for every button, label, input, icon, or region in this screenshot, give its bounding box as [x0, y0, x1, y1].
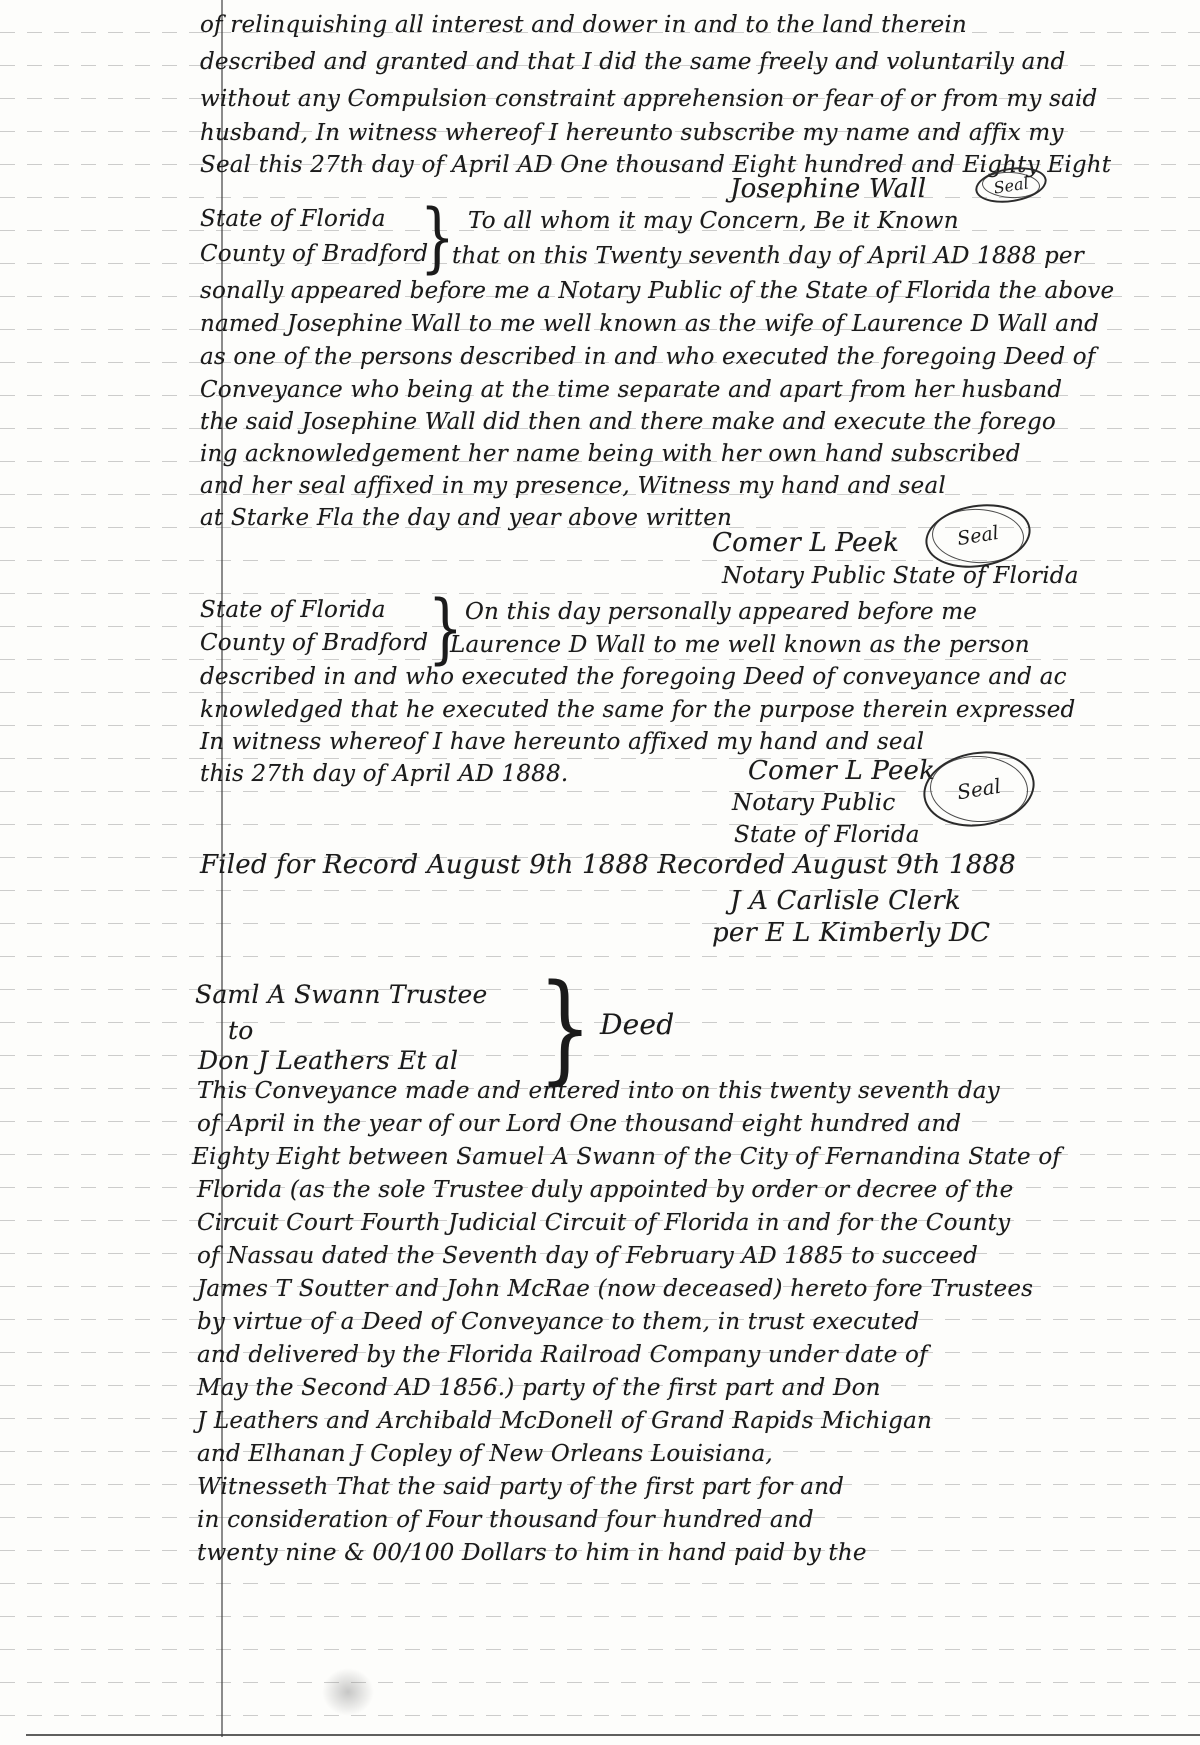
handwritten-line: James T Soutter and John McRae (now dece… — [197, 1276, 1033, 1302]
deed-book-page: of relinquishing all interest and dower … — [0, 0, 1200, 1745]
handwritten-line: Eighty Eight between Samuel A Swann of t… — [192, 1144, 1061, 1170]
handwritten-line: by virtue of a Deed of Conveyance to the… — [197, 1309, 919, 1335]
caption-connector: to — [228, 1016, 254, 1045]
handwritten-line: of April in the year of our Lord One tho… — [197, 1111, 961, 1137]
caption-grantee: Don J Leathers Et al — [198, 1046, 458, 1075]
caption-brace: } — [538, 958, 592, 1096]
seal-label: Seal — [955, 774, 1002, 805]
handwritten-line: described and granted and that I did the… — [200, 49, 1065, 75]
notary-title-line: Notary Public — [732, 790, 895, 816]
notary-signature: Comer L Peek — [712, 528, 899, 558]
bottom-rule-line — [26, 1734, 1200, 1736]
handwritten-line: knowledged that he executed the same for… — [200, 697, 1075, 723]
venue-brace: } — [420, 192, 455, 281]
deputy-clerk-signature: per E L Kimberly DC — [712, 918, 990, 948]
venue-state-line: State of Florida — [200, 206, 386, 232]
handwritten-line: Laurence D Wall to me well known as the … — [450, 632, 1030, 658]
seal-label: Seal — [956, 522, 1001, 550]
handwritten-line: in consideration of Four thousand four h… — [197, 1507, 814, 1533]
notary-title-line: Notary Public State of Florida — [722, 563, 1079, 589]
handwritten-line: Seal this 27th day of April AD One thous… — [200, 152, 1111, 178]
handwritten-line: without any Compulsion constraint appreh… — [200, 86, 1097, 112]
handwritten-line: This Conveyance made and entered into on… — [197, 1078, 1000, 1104]
handwritten-line: named Josephine Wall to me well known as… — [200, 311, 1099, 337]
handwritten-line: of Nassau dated the Seventh day of Febru… — [197, 1243, 978, 1269]
handwritten-line: To all whom it may Concern, Be it Known — [468, 208, 959, 234]
handwritten-line: Florida (as the sole Trustee duly appoin… — [197, 1177, 1014, 1203]
handwritten-line: and Elhanan J Copley of New Orleans Loui… — [197, 1441, 773, 1467]
handwritten-line: sonally appeared before me a Notary Publ… — [200, 278, 1114, 304]
caption-grantor: Saml A Swann Trustee — [195, 980, 487, 1009]
handwritten-line: and her seal affixed in my presence, Wit… — [200, 473, 946, 499]
venue-county-line: County of Bradford — [200, 241, 428, 267]
ink-smudge — [322, 1668, 374, 1716]
handwritten-line: Conveyance who being at the time separat… — [200, 377, 1062, 403]
filing-record-line: Filed for Record August 9th 1888 Recorde… — [200, 850, 1016, 880]
handwritten-line: On this day personally appeared before m… — [465, 599, 977, 625]
handwritten-line: In witness whereof I have hereunto affix… — [200, 729, 924, 755]
handwritten-line: described in and who executed the forego… — [200, 664, 1067, 690]
venue-brace: } — [428, 583, 463, 672]
venue-state-line: State of Florida — [200, 597, 386, 623]
handwritten-line: Witnesseth That the said party of the fi… — [197, 1474, 844, 1500]
handwritten-line: of relinquishing all interest and dower … — [200, 12, 967, 38]
handwritten-line: as one of the persons described in and w… — [200, 344, 1096, 370]
notary-title-line: State of Florida — [734, 822, 920, 848]
notary-signature: Comer L Peek — [748, 756, 935, 786]
handwritten-line: twenty nine & 00/100 Dollars to him in h… — [197, 1540, 867, 1566]
handwritten-line: and delivered by the Florida Railroad Co… — [197, 1342, 928, 1368]
handwritten-line: at Starke Fla the day and year above wri… — [200, 505, 732, 531]
handwritten-line: ing acknowledgement her name being with … — [200, 441, 1021, 467]
handwritten-line: Circuit Court Fourth Judicial Circuit of… — [197, 1210, 1010, 1236]
handwritten-line: May the Second AD 1856.) party of the fi… — [197, 1375, 881, 1401]
handwritten-line: this 27th day of April AD 1888. — [200, 761, 568, 787]
seal-label: Seal — [992, 173, 1030, 197]
handwritten-line: that on this Twenty seventh day of April… — [452, 243, 1084, 269]
handwritten-line: the said Josephine Wall did then and the… — [200, 409, 1056, 435]
handwritten-line: J Leathers and Archibald McDonell of Gra… — [197, 1408, 932, 1434]
venue-county-line: County of Bradford — [200, 630, 428, 656]
clerk-signature: J A Carlisle Clerk — [730, 886, 961, 916]
instrument-type-label: Deed — [600, 1008, 674, 1041]
handwritten-line: husband, In witness whereof I hereunto s… — [200, 120, 1064, 146]
josephine-wall-signature: Josephine Wall — [730, 174, 926, 204]
